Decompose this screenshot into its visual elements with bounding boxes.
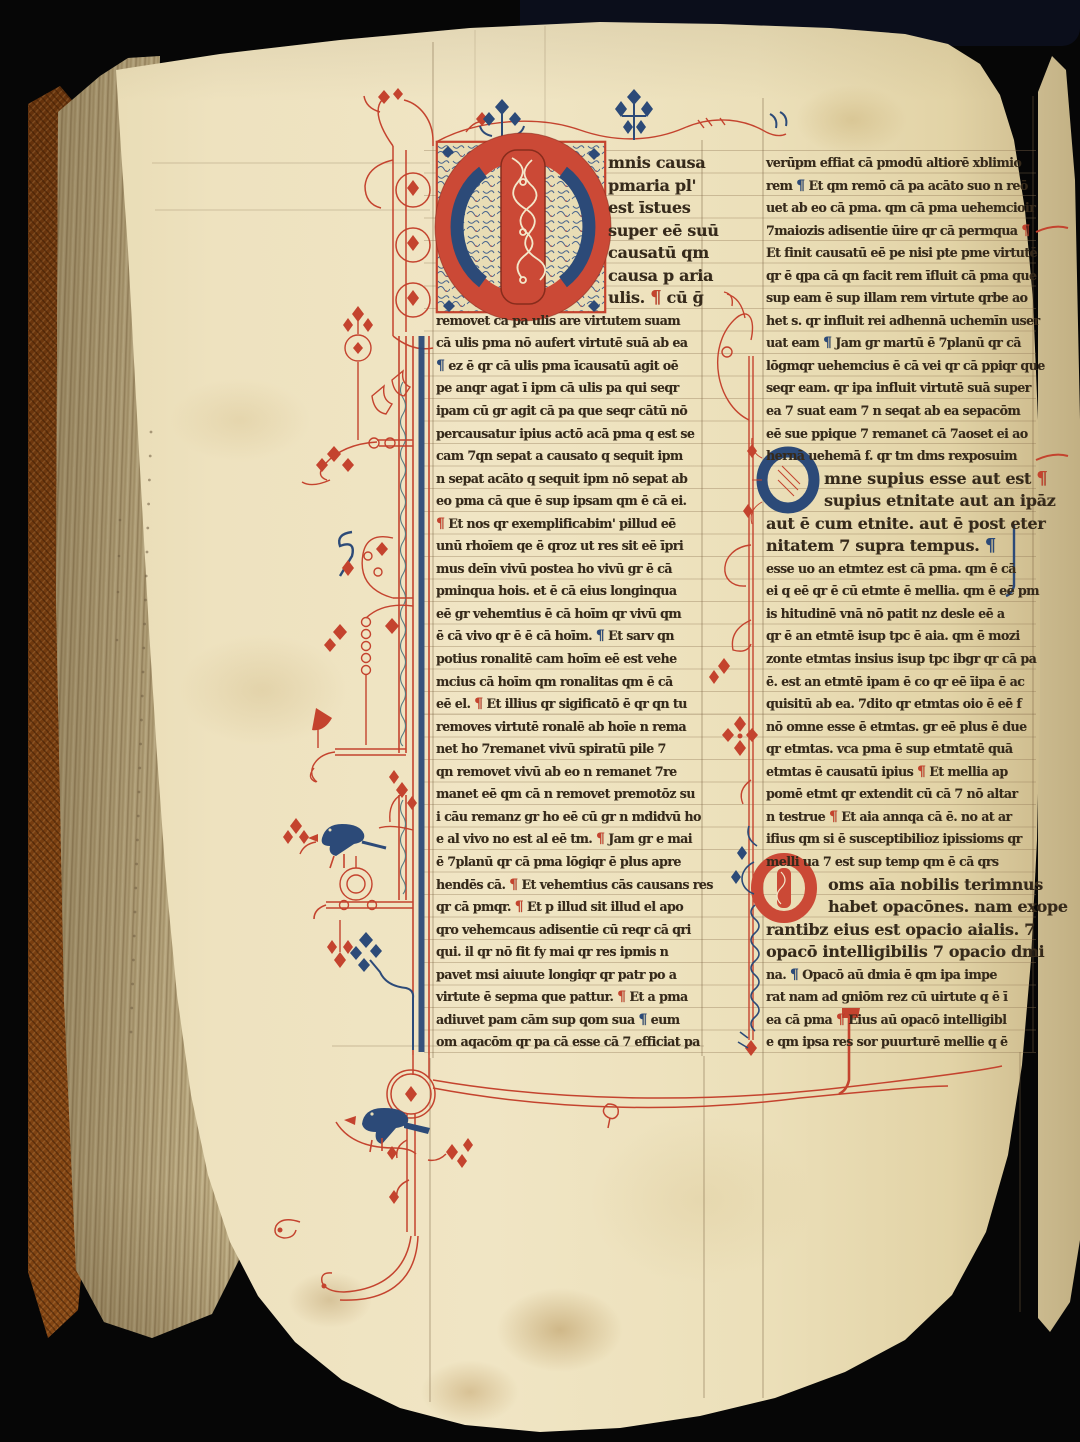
text-line: percausatur ipius actō acā pma q est se	[436, 423, 702, 446]
text-line: pavet msi aiuute longiqr qr patr po a	[436, 964, 702, 987]
text-line: adiuvet pam cām sup qom sua ¶ eum	[436, 1009, 702, 1032]
red-pilcrow: ¶	[917, 764, 925, 780]
text-line: ē. est an etmtē ipam ē co qr eē īipa ē a…	[766, 671, 1034, 694]
text-line: pmaria pl'	[436, 175, 702, 198]
red-pilcrow: ¶	[509, 877, 517, 893]
text-line: qro vehemcaus adisentie cū reqr cā qri	[436, 919, 702, 942]
red-pilcrow: ¶	[650, 287, 661, 308]
text-line: pminqua hois. et ē cā eius longinqua	[436, 580, 702, 603]
text-column-right: verūpm effiat cā pmodū altiorē xblimiore…	[766, 152, 1034, 1054]
text-line: zonte etmtas insius isup tpc ibgr qr cā …	[766, 648, 1034, 671]
text-line: virtute ē sepma que pattur. ¶ Et a pma	[436, 986, 702, 1009]
text-line: ifius qm si ē susceptibilioz ipissioms q…	[766, 828, 1034, 851]
text-line: esse uo an etmtez est cā pma. qm ē cā	[766, 558, 1034, 581]
text-line: sup eam ē sup illam rem virtute qrbe ao	[766, 287, 1034, 310]
blue-pilcrow: ¶	[638, 1012, 646, 1028]
blue-pilcrow: ¶	[790, 967, 798, 983]
text-line: seqr eam. qr ipa influit virtutē suā sup…	[766, 377, 1034, 400]
text-line: eē gr vehemtius ē cā hoīm qr vivū qm	[436, 603, 702, 626]
text-line: cā ulis pma nō aufert virtutē suā ab ea	[436, 332, 702, 355]
text-line: mcius cā hoīm qm ronalitas qm ē cā	[436, 671, 702, 694]
text-line: om aqacōm qr pa cā esse cā 7 efficiat pa	[436, 1031, 702, 1054]
blue-pilcrow: ¶	[985, 535, 996, 556]
text-line: is hitudinē vnā nō patit nz desle eē a	[766, 603, 1034, 626]
text-line: qui. il qr nō fit fy mai qr res ipmis n	[436, 941, 702, 964]
red-pilcrow: ¶	[1021, 223, 1029, 239]
red-pilcrow: ¶	[474, 696, 482, 712]
text-line: etmtas ē causatū ipius ¶ Et mellia ap	[766, 761, 1034, 784]
text-line: super eē suū	[436, 220, 702, 243]
red-pilcrow: ¶	[436, 516, 444, 532]
text-line: pe anqr agat ī ipm cā ulis pa qui seqr	[436, 377, 702, 400]
text-line: est īstues	[436, 197, 702, 220]
text-line: n testrue ¶ Et aia annqa cā ē. no at ar	[766, 806, 1034, 829]
red-pilcrow: ¶	[617, 989, 625, 1005]
red-pilcrow: ¶	[829, 809, 837, 825]
text-line: ea 7 suat eam 7 n seqat ab ea sepacōm	[766, 400, 1034, 423]
blue-pilcrow: ¶	[596, 628, 604, 644]
text-line: ¶ Et nos qr exemplificabim' pillud eē	[436, 513, 702, 536]
text-line: nitatem 7 supra tempus. ¶	[766, 535, 1034, 558]
text-line: aut ē cum etnite. aut ē post eter	[766, 513, 1034, 536]
text-line: e al vivo no est al eē tm. ¶ Jam gr e ma…	[436, 828, 702, 851]
text-line: unū rhoīem qe ē qroz ut res sit eē īpri	[436, 535, 702, 558]
manuscript-photo: { "artifact": { "type": "medieval illumi…	[0, 0, 1080, 1442]
text-line: Et finit causatū eē pe nisi pte pme virt…	[766, 242, 1034, 265]
text-line: hendēs cā. ¶ Et vehemtius cās causans re…	[436, 874, 702, 897]
text-line: lōgmqr uehemcius ē cā vei qr cā ppiqr qu…	[766, 355, 1034, 378]
text-line: net ho 7remanet vivū spiratū pile 7	[436, 738, 702, 761]
text-line: mnis causa	[436, 152, 702, 175]
text-line: eo pma cā que ē sup ipsam qm ē cā ei.	[436, 490, 702, 513]
text-line: removet ca pa ulis are virtutem suam	[436, 310, 702, 333]
text-line: removes virtutē ronalē ab hoīe n rema	[436, 716, 702, 739]
text-line: i cāu remanz gr ho eē cū gr n mdidvū ho	[436, 806, 702, 829]
text-line: qr ē qpa cā qn facit rem īfluit cā pma q…	[766, 265, 1034, 288]
red-pilcrow: ¶	[1036, 468, 1047, 489]
text-line: n sepat acāto q sequit ipm nō sepat ab	[436, 468, 702, 491]
text-line: causa p aria	[436, 265, 702, 288]
text-line: qr cā pmqr. ¶ Et p illud sit illud el ap…	[436, 896, 702, 919]
text-line: potius ronalitē cam hoīm eē est vehe	[436, 648, 702, 671]
text-line: ei q eē qr ē cū etmte ē mellia. qm ē eē …	[766, 580, 1034, 603]
text-line: 7maiozis adisentie ūire qr cā permqua ¶	[766, 220, 1034, 243]
blue-pilcrow: ¶	[436, 358, 444, 374]
text-line: uet ab eo cā pma. qm cā pma uehemcioir	[766, 197, 1034, 220]
text-line: het s. qr influit rei adhennā uchemīn us…	[766, 310, 1034, 333]
red-pilcrow: ¶	[515, 899, 523, 915]
text-line: melli ua 7 est sup temp qm ē cā qrs	[766, 851, 1034, 874]
text-line: ¶ ez ē qr cā ulis pma īcausatū agit oē	[436, 355, 702, 378]
text-line: opacō intelligibilis 7 opacio dmi	[766, 941, 1034, 964]
text-line: ē cā vivo qr ē ē cā hoīm. ¶ Et sarv qn	[436, 625, 702, 648]
text-line: pomē etmt qr extendit cū cā 7 nō altar	[766, 783, 1034, 806]
red-pilcrow: ¶	[836, 1012, 844, 1028]
text-column-left: mnis causapmaria pl'est īstuessuper eē s…	[436, 152, 702, 1054]
text-line: uat eam ¶ Jam gr martū ē 7planū qr cā	[766, 332, 1034, 355]
text-line: ulis. ¶ cū ḡ	[436, 287, 702, 310]
text-line: supius etnitate aut an ipāz	[766, 490, 1034, 513]
text-line: rem ¶ Et qm remō cā pa acāto suo n reō	[766, 175, 1034, 198]
text-line: qr etmtas. vca pma ē sup etmtatē quā	[766, 738, 1034, 761]
text-line: na. ¶ Opacō aū dmia ē qm ipa impe	[766, 964, 1034, 987]
text-line: manet eē qm cā n removet premotōz su	[436, 783, 702, 806]
text-line: ea cā pma ¶ Eius aū opacō intelligibl	[766, 1009, 1034, 1032]
text-line: causatū qm	[436, 242, 702, 265]
text-line: rat nam ad gniōm rez cū uirtute q ē ī	[766, 986, 1034, 1009]
text-line: rantibz eius est opacio aialis. 7	[766, 919, 1034, 942]
text-line: oms aīa nobilis terimnus	[766, 874, 1034, 897]
text-line: e qm ipsa res sor puurturē mellie q ē	[766, 1031, 1034, 1054]
blue-pilcrow: ¶	[823, 335, 831, 351]
text-line: qn removet vivū ab eo n remanet 7re	[436, 761, 702, 784]
text-line: qr ē an etmtē isup tpc ē aia. qm ē mozi	[766, 625, 1034, 648]
text-line: quisitū ab ea. 7dito qr etmtas oio ē eē …	[766, 693, 1034, 716]
text-line: hernā uehemā f. qr tm dms rexposuim	[766, 445, 1034, 468]
text-line: habet opacōnes. nam exope	[766, 896, 1034, 919]
text-line: eē sue ppique 7 remanet cā 7aoset ei ao	[766, 423, 1034, 446]
text-line: mus deīn vivū postea ho vivū gr ē cā	[436, 558, 702, 581]
blue-pilcrow: ¶	[796, 178, 804, 194]
text-line: nō omne esse ē etmtas. gr eē plus ē due	[766, 716, 1034, 739]
text-line: mne supius esse aut est ¶	[766, 468, 1034, 491]
text-line: cam 7qn sepat a causato q sequit ipm	[436, 445, 702, 468]
text-line: ē 7planū qr cā pma lōgiqr ē plus apre	[436, 851, 702, 874]
text-line: eē el. ¶ Et illius qr sigificatō ē qr qn…	[436, 693, 702, 716]
text-line: verūpm effiat cā pmodū altiorē xblimio	[766, 152, 1034, 175]
red-pilcrow: ¶	[596, 831, 604, 847]
text-line: ipam cū gr agit cā pa que seqr cātū nō	[436, 400, 702, 423]
